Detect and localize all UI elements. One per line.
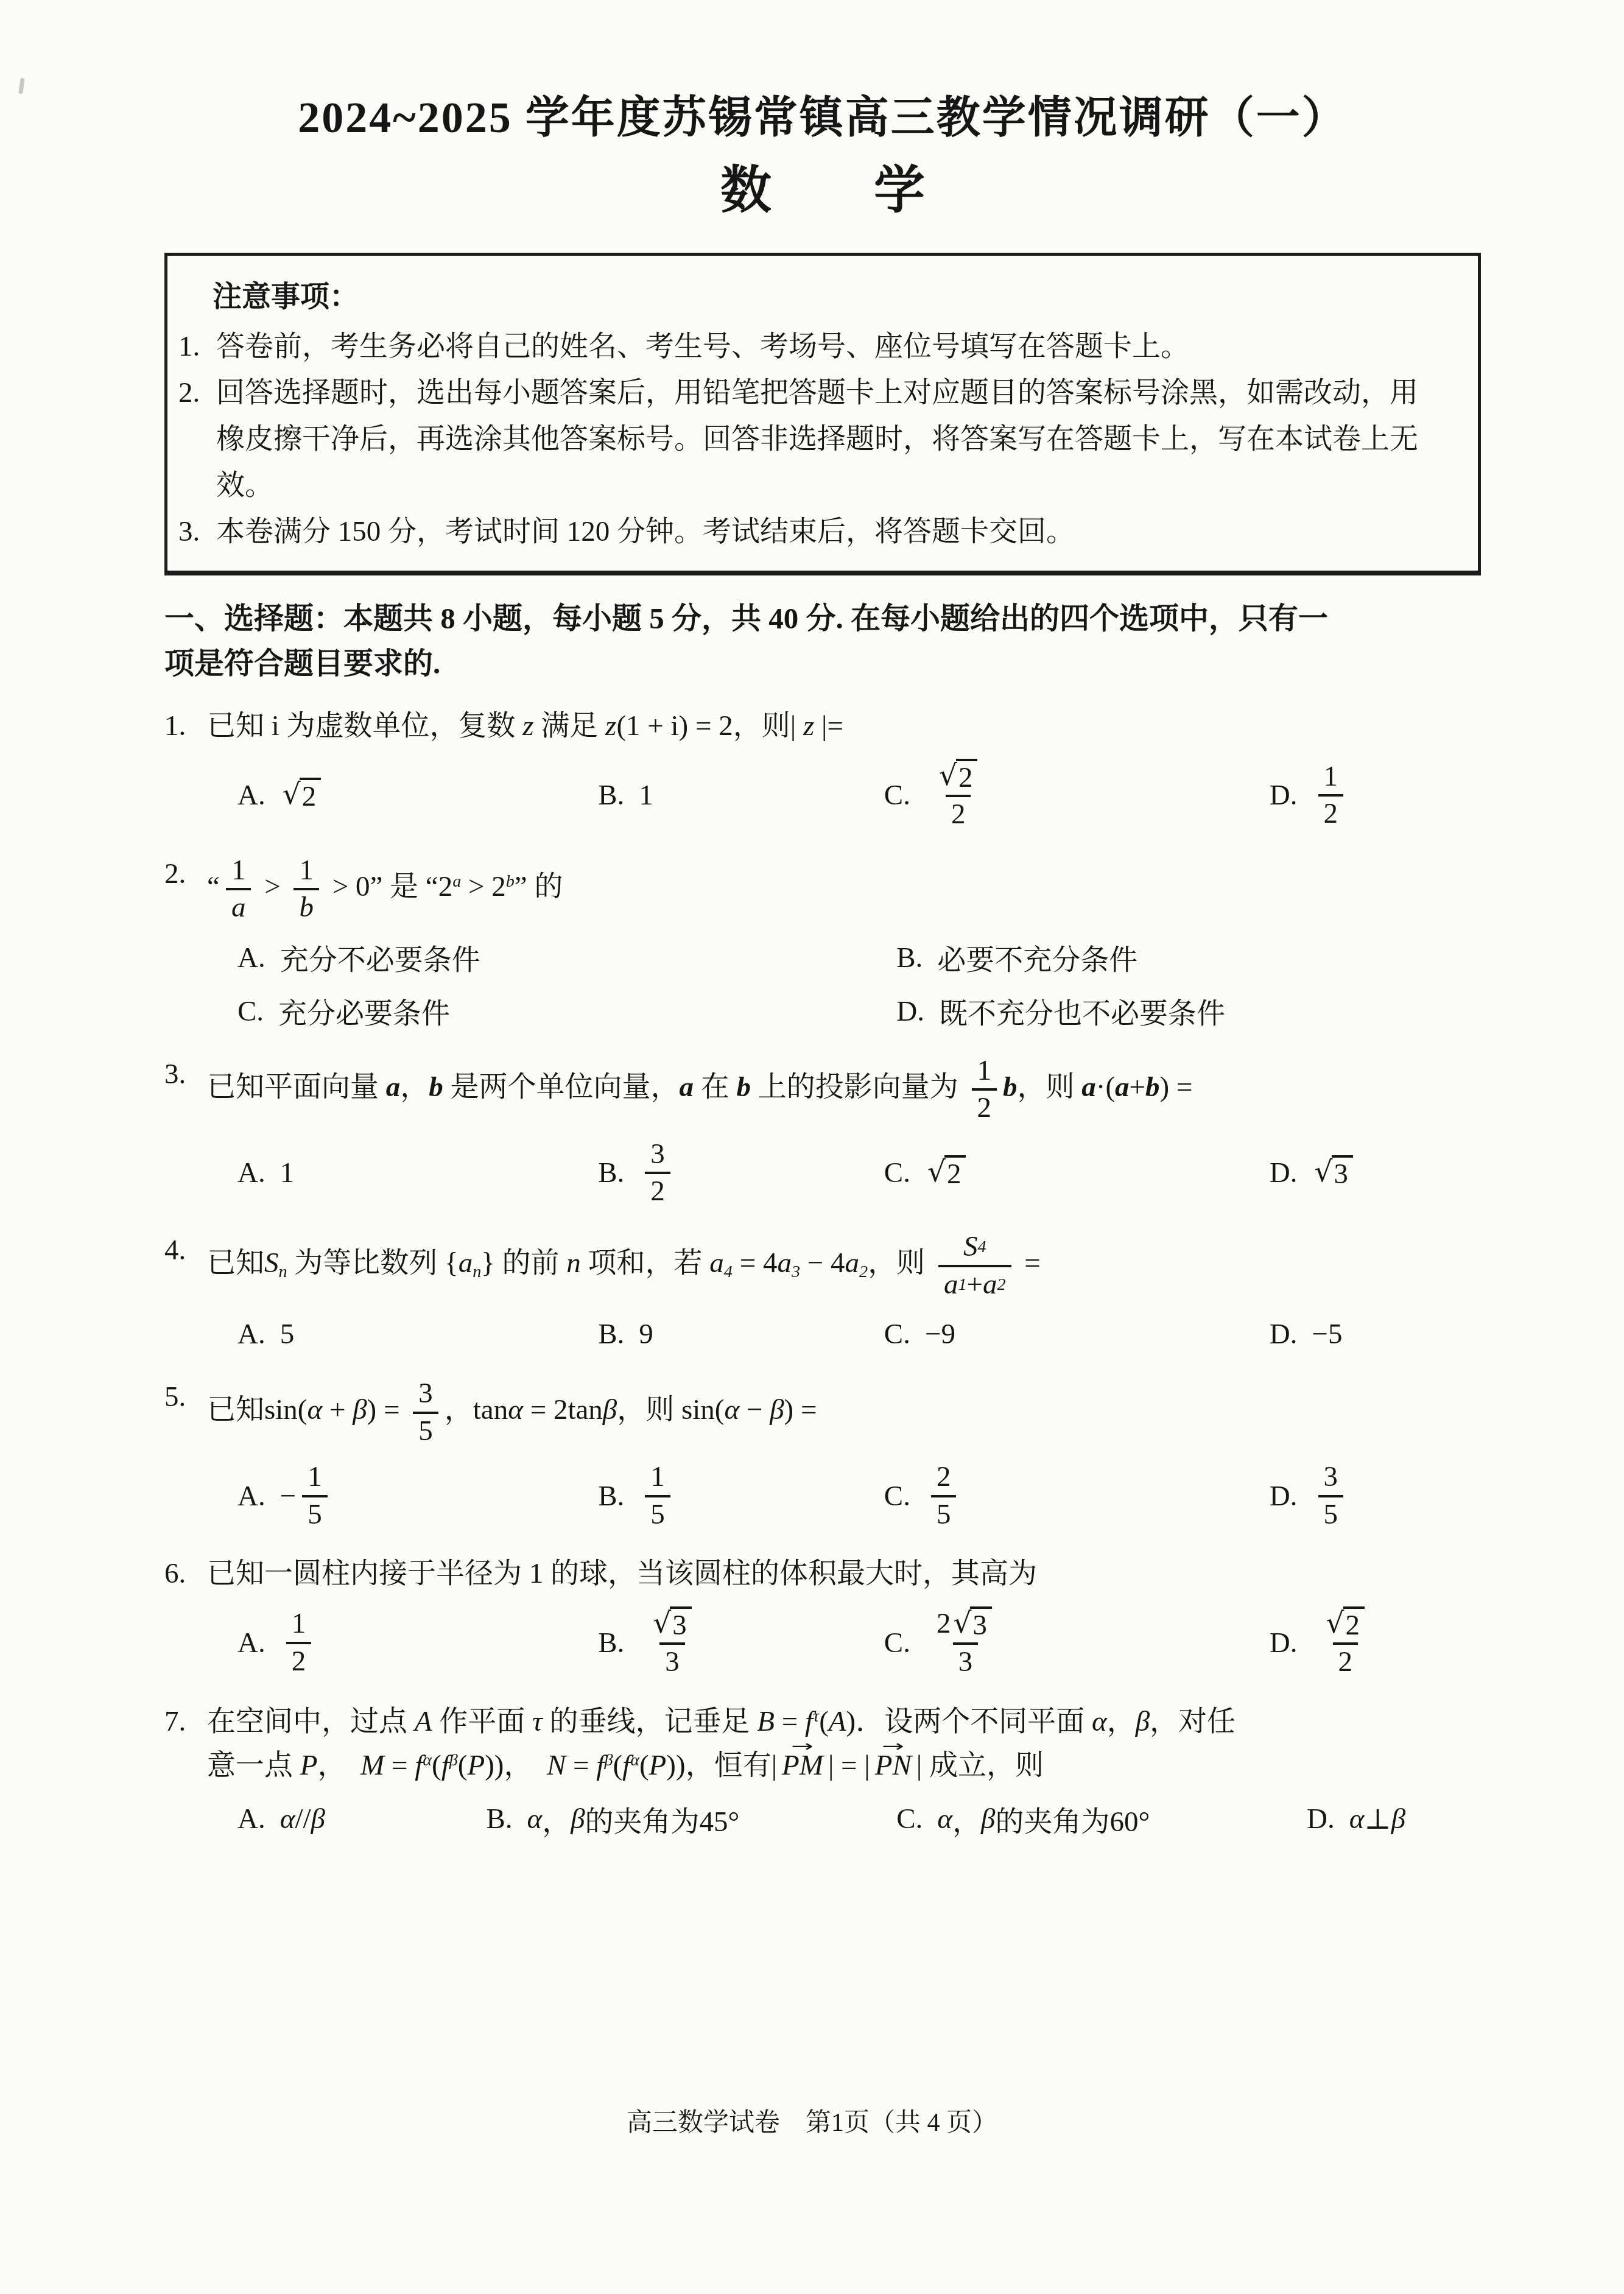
option-D: D.−5 [1270,1312,1481,1357]
question-2: 2.“1a > 1b > 0” 是 “2a > 2b” 的A.充分不必要条件B.… [164,852,1481,1034]
text-segment: 作平面 [432,1706,532,1737]
subscript: 1 [958,1276,966,1293]
notice-heading: 注意事项： [178,273,1457,315]
fraction-numerator: √2 [1318,1606,1373,1642]
math-roman: sin( [681,1395,725,1426]
text-segment: 意一点 [207,1750,300,1781]
math-roman: 9 [639,1318,653,1351]
option-label: C. [884,1480,910,1513]
math-vector-variable: b [737,1071,751,1103]
math-variable: z [522,710,533,742]
math-variable: β [981,1803,995,1835]
text-segment: 充分不必要条件 [280,937,480,978]
question-stem: 已知平面向量 a，b 是两个单位向量，a 在 b 上的投影向量为 12b，则 a… [207,1052,1481,1127]
math-roman: − [280,1480,297,1513]
option-A: A.5 [237,1312,598,1357]
math-roman: 5 [1324,1498,1338,1532]
math-sqrt: √3 [1315,1155,1353,1191]
fraction-denominator: 5 [413,1412,438,1449]
text-segment: ， [445,1395,473,1426]
option-A: A.α // β [237,1796,486,1842]
math-roman: 2 [937,1607,951,1641]
option-C: C.−9 [884,1312,1270,1357]
math-roman: ) = [1160,1071,1193,1103]
math-variable: f [596,1750,604,1781]
option-A: A.−15 [237,1458,598,1533]
math-roman: = [775,1706,805,1737]
math-roman: = [566,1750,596,1781]
math-fraction: 15 [645,1460,670,1532]
math-variable: α [280,1803,295,1835]
option-content: √22 [1312,1605,1379,1681]
question-stem: “1a > 1b > 0” 是 “2a > 2b” 的 [207,852,1481,927]
math-variable: f [415,1750,423,1781]
question-stem: 已知 i 为虚数单位，复数 z 满足 z(1 + i) = 2，则| z |= [207,704,1481,748]
math-roman: ·( [1096,1071,1115,1103]
option-label: B. [598,1156,624,1189]
math-roman: )) [485,1750,504,1781]
math-roman: } [481,1248,495,1279]
notice-item-3: 3. 本卷满分 150 分，考试时间 120 分钟。考试结束后，将答题卡交回。 [178,508,1457,555]
math-roman: |= [814,710,843,742]
radicand: 2 [944,1155,966,1191]
option-D: D.√3 [1270,1150,1481,1195]
math-variable: α [724,1395,739,1426]
superscript: β [449,1751,458,1770]
options-row: A.充分不必要条件B.必要不充分条件C.充分必要条件D.既不充分也不必要条件 [164,935,1481,1034]
math-roman: 2 [438,871,453,902]
math-fraction: 35 [413,1376,438,1449]
fraction-denominator: 2 [1318,794,1344,831]
superscript: τ [813,1706,819,1725]
option-C: C.√22 [884,757,1270,834]
option-label: A. [237,941,265,974]
subscript: n [473,1263,481,1282]
text-segment: 满足 [534,710,606,742]
math-fraction: 25 [931,1460,957,1532]
math-fraction: √22 [931,758,985,832]
text-segment: 成立，则 [922,1750,1044,1781]
option-A: A.12 [237,1605,598,1680]
question-row: 4.已知Sn 为等比数列 {an} 的前 n 项和，若 a4 = 4a3 − 4… [164,1228,1481,1303]
math-roman: ⊥ [1364,1803,1391,1836]
subscript: n [279,1263,287,1282]
math-vector-variable: b [1003,1071,1018,1103]
option-label: A. [237,1803,265,1835]
math-roman: 3 [650,1138,665,1171]
math-roman: 2 [1338,1645,1353,1679]
math-roman: + [966,1268,983,1301]
option-B: B.α，β 的夹角为45° [486,1796,896,1842]
option-content: −15 [280,1458,334,1533]
subscript: 2 [997,1276,1005,1293]
math-roman: 2 [951,798,966,831]
question-stem: 已知sin(α + β) = 35，tanα = 2tanβ，则 sin(α −… [207,1375,1481,1450]
math-roman: 1 [231,854,246,887]
option-label: D. [896,995,924,1028]
option-B: B.32 [598,1136,884,1211]
math-roman: ( [613,1750,622,1781]
radicand: 3 [1332,1155,1354,1191]
page-footer: 高三数学试卷 第1页（共 4 页） [0,2102,1624,2139]
math-roman: ( [819,1706,829,1737]
option-label: A. [237,1318,265,1351]
option-label: C. [896,1803,923,1835]
math-variable: β [311,1803,325,1835]
option-label: A. [237,779,265,812]
math-variable: P [467,1750,485,1781]
section-heading-line2: 项是符合题目要求的. [164,641,1481,686]
option-content: 2√33 [925,1605,1006,1681]
text-segment: “ [207,871,220,902]
math-roman: = [1018,1248,1041,1279]
math-roman: )) [666,1750,685,1781]
fraction-denominator: 2 [972,1088,997,1125]
math-roman: 1 [308,1460,322,1494]
math-variable: β [603,1395,617,1426]
fraction-denominator: 2 [1333,1642,1359,1680]
math-variable: a [845,1248,860,1279]
option-content: 1 [639,779,653,812]
option-content: √22 [925,757,991,834]
option-B: B.√33 [598,1605,884,1681]
text-segment: 的夹角为60° [995,1799,1150,1840]
math-roman: ( [432,1750,441,1781]
math-roman: 2 [1324,797,1338,831]
option-label: D. [1270,1318,1298,1351]
math-roman: ) = [784,1395,817,1426]
math-variable: α [937,1803,952,1835]
math-fraction: 35 [1318,1460,1344,1532]
math-vector-variable: a [386,1071,401,1103]
fraction-denominator: 2 [946,795,971,832]
text-segment: ，则 [868,1248,932,1279]
math-fraction: √33 [645,1606,699,1680]
math-roman: (1 + i) = 2 [616,710,733,742]
option-content: 5 [280,1318,295,1351]
math-roman: −5 [1312,1318,1343,1351]
option-label: B. [598,1627,624,1659]
question-row: 1.已知 i 为虚数单位，复数 z 满足 z(1 + i) = 2，则| z |… [164,704,1481,748]
exam-page: 2024~2025 学年度苏锡常镇高三教学情况调研（一） 数 学 注意事项： 1… [0,0,1624,2294]
subscript: 4 [724,1263,733,1282]
math-roman: 1 [299,854,314,887]
math-roman: 5 [418,1415,433,1448]
math-variable: β [353,1395,367,1426]
text-segment: 是两个单位向量， [443,1071,680,1103]
option-label: B. [598,779,624,812]
notice-item-text: 本卷满分 150 分，考试时间 120 分钟。考试结束后，将答题卡交回。 [216,508,1422,555]
math-roman: 3 [958,1645,973,1679]
math-roman: 1 [1324,760,1338,793]
fraction-numerator: 2 [931,1460,957,1494]
option-label: A. [237,1480,265,1513]
text-segment: 的夹角为45° [585,1799,740,1840]
option-A: A.充分不必要条件 [237,935,896,980]
radical-sign-icon: √ [1326,1607,1345,1640]
math-variable: z [605,710,616,742]
fraction-denominator: 5 [931,1495,957,1532]
math-roman: sin( [264,1395,308,1426]
math-variable: S [264,1248,279,1279]
option-D: D.既不充分也不必要条件 [896,989,1481,1034]
text-segment: 的垂线，记垂足 [543,1706,758,1737]
option-C: C.充分必要条件 [237,989,896,1034]
question-list: 1.已知 i 为虚数单位，复数 z 满足 z(1 + i) = 2，则| z |… [164,704,1481,1842]
math-roman: 2 [977,1091,992,1125]
option-content: 12 [280,1605,318,1680]
option-label: D. [1270,1156,1298,1189]
fraction-denominator: 2 [286,1642,312,1679]
fraction-denominator: 5 [1318,1495,1344,1532]
notice-item-number: 3. [178,508,216,555]
math-roman: 5 [650,1498,665,1532]
option-D: D.α ⊥ β [1307,1796,1481,1842]
fraction-denominator: a [226,888,251,925]
math-roman: 5 [308,1498,322,1532]
option-label: B. [896,941,923,974]
fraction-denominator: 5 [302,1495,328,1532]
math-roman: | [916,1750,922,1781]
math-variable: P [300,1750,318,1781]
notice-item-text: 答卷前，考生务必将自己的姓名、考生号、考场号、座位号填写在答题卡上。 [216,323,1422,370]
math-roman: 3 [418,1377,433,1410]
options-row: A.α // βB.α，β 的夹角为45°C.α，β 的夹角为60°D.α ⊥ … [164,1796,1481,1842]
math-variable: f [441,1750,449,1781]
text-segment: ，恒有 [686,1750,772,1781]
question-3: 3.已知平面向量 a，b 是两个单位向量，a 在 b 上的投影向量为 12b，则… [164,1052,1481,1211]
math-variable: β [1391,1803,1405,1835]
superscript: b [506,872,515,891]
option-B: B.必要不充分条件 [896,935,1481,980]
text-segment: ．设两个不同平面 [856,1706,1092,1737]
question-7: 7.在空间中，过点 A 作平面 τ 的垂线，记垂足 B = fτ(A)．设两个不… [164,1700,1481,1842]
math-vector-variable: a [680,1071,694,1103]
option-C: C.2√33 [884,1605,1270,1681]
math-roman: | = | [828,1750,870,1781]
fraction-numerator: 3 [1318,1460,1344,1494]
option-D: D.√22 [1270,1605,1481,1681]
option-content: 25 [925,1458,963,1533]
math-variable: β [770,1395,784,1426]
math-variable: β [1136,1706,1150,1737]
math-roman: i [272,710,279,742]
math-roman: 5 [280,1318,295,1351]
option-label: C. [884,779,910,812]
notice-item-number: 1. [178,323,216,370]
radical-sign-icon: √ [653,1607,671,1640]
radicand: 2 [1343,1606,1365,1642]
math-variable: b [299,891,314,924]
option-C: C.α，β 的夹角为60° [896,1796,1307,1842]
option-label: C. [884,1318,910,1351]
option-content: −5 [1312,1318,1343,1351]
option-content: √33 [639,1605,705,1681]
section-heading: 一、选择题：本题共 8 小题，每小题 5 分，共 40 分. 在每小题给出的四个… [164,596,1481,686]
math-fraction: 12 [1318,759,1344,832]
notice-item-1: 1. 答卷前，考生务必将自己的姓名、考生号、考场号、座位号填写在答题卡上。 [178,323,1457,370]
math-roman: { [445,1248,459,1279]
math-variable: B [757,1706,775,1737]
math-roman: 1 [292,1607,306,1641]
question-number: 2. [164,852,207,927]
math-variable: τ [532,1706,543,1737]
math-roman: −9 [925,1318,955,1351]
text-segment: 已知平面向量 [207,1071,386,1103]
option-A: A.√2 [237,773,598,818]
math-fraction: 1a [226,853,251,926]
text-segment: ， [542,1799,571,1840]
text-segment: 项和，若 [581,1248,710,1279]
option-content: 12 [1312,758,1350,833]
option-content: 充分不必要条件 [280,937,480,978]
math-fraction: √22 [1318,1606,1373,1680]
notice-item-number: 2. [178,370,216,508]
math-sqrt: √3 [953,1606,991,1642]
math-roman: // [295,1803,311,1835]
question-6: 6.已知一圆柱内接于半径为 1 的球，当该圆柱的体积最大时，其高为A.12B.√… [164,1552,1481,1681]
math-variable: β [571,1803,585,1835]
text-segment: 已知 [207,1248,264,1279]
math-fraction: 12 [972,1054,997,1126]
radicand: 2 [956,759,978,794]
math-roman: 5 [937,1498,951,1532]
option-D: D.35 [1270,1458,1481,1533]
option-label: B. [486,1803,512,1835]
math-roman: 3 [665,1645,680,1679]
math-variable: a [231,891,246,924]
question-row: 6.已知一圆柱内接于半径为 1 的球，当该圆柱的体积最大时，其高为 [164,1552,1481,1596]
text-segment: ，对任 [1150,1706,1236,1737]
fraction-numerator: 3 [645,1137,670,1172]
math-roman: 2 [292,1645,306,1678]
question-stem: 已知一圆柱内接于半径为 1 的球，当该圆柱的体积最大时，其高为 [207,1552,1481,1596]
math-variable: n [566,1248,581,1279]
fraction-denominator: 3 [659,1642,685,1680]
fraction-numerator: 1 [294,853,319,888]
math-roman: 1 [280,1156,295,1189]
math-sqrt: √2 [939,759,977,794]
radical-sign-icon: √ [927,1156,946,1189]
math-vector-variable: a [1081,1071,1096,1103]
text-segment: 已知 [207,1395,264,1426]
fraction-numerator: S4 [958,1230,992,1264]
math-roman: > 0 [325,871,370,902]
text-segment: 为虚数单位，复数 [279,710,523,742]
text-segment: 已知一圆柱内接于半径为 1 的球，当该圆柱的体积最大时，其高为 [207,1558,1037,1589]
superscript: a [452,872,461,891]
text-segment: 必要不充分条件 [937,937,1137,978]
math-variable: S [963,1230,978,1264]
math-roman: − 4 [800,1248,845,1279]
fraction-numerator: 1 [972,1054,997,1088]
options-row: A.−15B.15C.25D.35 [164,1458,1481,1533]
fraction-denominator: 5 [645,1495,670,1532]
option-B: B.15 [598,1458,884,1533]
question-number: 1. [164,704,207,748]
math-vector-variable: a [1115,1071,1130,1103]
radical-sign-icon: √ [1315,1156,1333,1189]
math-variable: M [360,1750,384,1781]
question-number: 5. [164,1375,207,1450]
text-segment: ， [504,1750,547,1781]
question-row: 2.“1a > 1b > 0” 是 “2a > 2b” 的 [164,852,1481,927]
fraction-denominator: 2 [645,1172,670,1209]
math-roman: = 2tan [523,1395,603,1426]
math-vector-variable: b [1145,1071,1160,1103]
option-label: D. [1270,779,1298,812]
option-content: 既不充分也不必要条件 [939,991,1225,1032]
math-variable: f [805,1706,813,1737]
math-fraction: 15 [302,1460,328,1532]
math-variable: f [622,1750,630,1781]
fraction-numerator: √3 [645,1606,699,1642]
question-row: 5.已知sin(α + β) = 35，tanα = 2tanβ，则 sin(α… [164,1375,1481,1450]
math-roman: ) [846,1706,856,1737]
question-stem: 已知Sn 为等比数列 {an} 的前 n 项和，若 a4 = 4a3 − 4a2… [207,1228,1481,1303]
math-sqrt: √2 [927,1155,966,1191]
text-segment: 在 [694,1071,737,1103]
math-fraction: 1b [294,853,319,926]
text-segment: ，则 [617,1395,681,1426]
text-segment: ， [1107,1706,1136,1737]
option-label: A. [237,1156,265,1189]
fraction-numerator: 1 [1318,759,1344,794]
math-sqrt: √2 [283,778,321,813]
math-variable: A [829,1706,846,1737]
text-segment: ，则 [1018,1071,1082,1103]
fraction-numerator: 1 [302,1460,328,1494]
math-variable: a [459,1248,473,1279]
math-variable: α [308,1395,323,1426]
text-segment: ” 是 “ [370,871,438,902]
math-variable: a [777,1248,792,1279]
math-roman: ( [458,1750,468,1781]
option-label: D. [1307,1803,1335,1835]
option-label: C. [237,995,264,1028]
option-label: A. [237,1627,265,1659]
options-row: A.12B.√33C.2√33D.√22 [164,1605,1481,1681]
option-content: 1 [280,1156,295,1189]
option-content: 15 [639,1458,677,1533]
option-content: 35 [1312,1458,1350,1533]
option-content: 充分必要条件 [278,991,450,1032]
text-segment: ， [952,1799,981,1840]
text-segment: ” 的 [515,871,563,902]
question-number: 6. [164,1552,207,1596]
option-content: α ⊥ β [1349,1803,1405,1836]
fraction-denominator: b [294,888,319,925]
option-content: α // β [280,1803,325,1835]
math-variable: z [803,710,814,742]
option-C: C.√2 [884,1150,1270,1195]
math-roman: 1 [639,779,653,812]
option-label: C. [884,1627,910,1659]
math-fraction: 12 [286,1606,312,1679]
vector-over-arrow: PM [778,1743,827,1788]
option-content: 必要不充分条件 [937,937,1137,978]
option-content: √2 [280,778,323,813]
superscript: α [630,1751,639,1770]
option-label: D. [1270,1627,1298,1659]
question-row: 3.已知平面向量 a，b 是两个单位向量，a 在 b 上的投影向量为 12b，则… [164,1052,1481,1127]
subject-title: 数 学 [164,161,1481,222]
text-segment: 为等比数列 [287,1248,445,1279]
text-segment: 的前 [495,1248,567,1279]
text-segment: 既不充分也不必要条件 [939,991,1225,1032]
math-variable: α [527,1803,543,1835]
math-variable: P [649,1750,667,1781]
